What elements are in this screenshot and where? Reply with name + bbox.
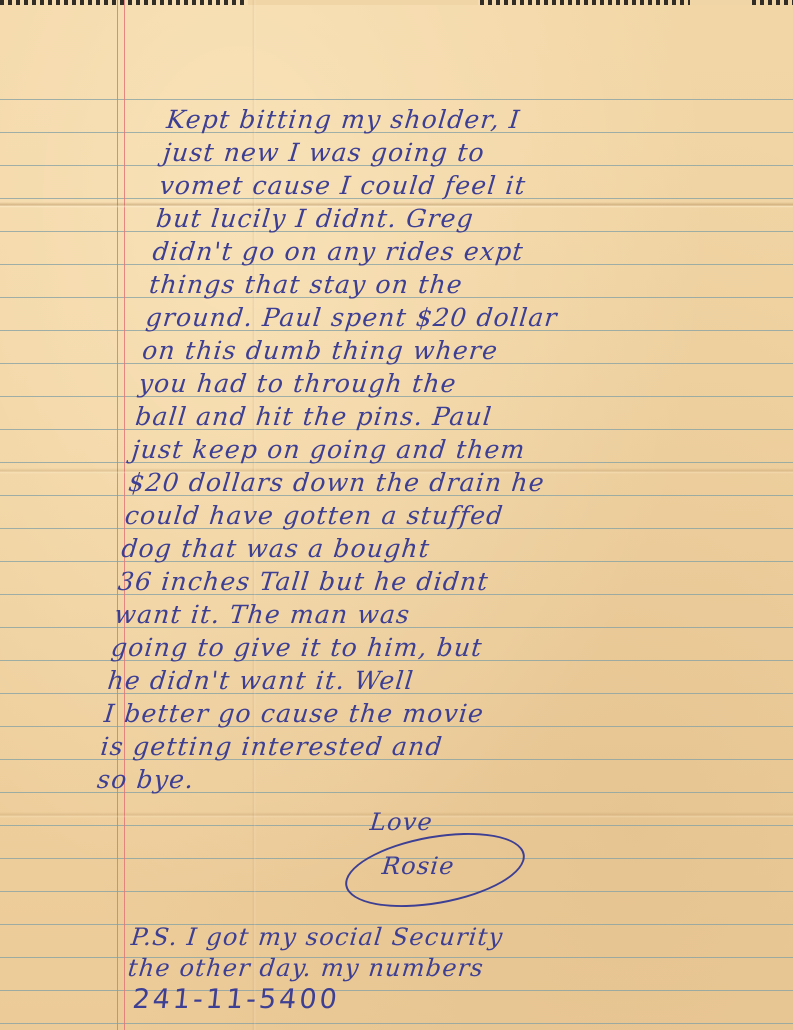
letter-line: just keep on going and them (130, 433, 550, 466)
signature-block: Rosie (344, 836, 526, 912)
letter-line: is getting interested and (99, 730, 519, 763)
signature: Rosie (380, 850, 456, 883)
postscript-number: 241-11-5400 (123, 983, 498, 1014)
letter-line: but lucily I didnt. Greg (155, 202, 575, 235)
letter-line: things that stay on the (148, 268, 568, 301)
letter-line: want it. The man was (113, 598, 533, 631)
postscript-line: P.S. I got my social Security (130, 921, 505, 952)
letter-line: vomet cause I could feel it (158, 169, 578, 202)
letter-line: could have gotten a stuffed (123, 499, 543, 532)
letter-line: dog that was a bought (120, 532, 540, 565)
letter-line: Kept bitting my sholder, I (165, 103, 585, 136)
letter-line: $20 dollars down the drain he (127, 466, 547, 499)
postscript: P.S. I got my social Security the other … (123, 921, 505, 1014)
letter-closing: Love (368, 806, 434, 839)
letter-line: you had to through the (137, 367, 557, 400)
letter-line: on this dumb thing where (141, 334, 561, 367)
letter-line: 36 inches Tall but he didnt (116, 565, 536, 598)
letter-line: I better go cause the movie (103, 697, 523, 730)
letter-line: going to give it to him, but (109, 631, 529, 664)
letter-line: ground. Paul spent $20 dollar (144, 301, 564, 334)
letter-line: just new I was going to (161, 136, 581, 169)
letter-body: Kept bitting my sholder, I just new I wa… (96, 103, 585, 796)
letter-line: didn't go on any rides expt (151, 235, 571, 268)
letter-line: so bye. (96, 763, 516, 796)
margin-line-left (117, 0, 118, 1030)
notebook-paper: Kept bitting my sholder, I just new I wa… (0, 0, 793, 1030)
postscript-line: the other day. my numbers (126, 952, 501, 983)
letter-line: he didn't want it. Well (106, 664, 526, 697)
letter-line: ball and hit the pins. Paul (134, 400, 554, 433)
